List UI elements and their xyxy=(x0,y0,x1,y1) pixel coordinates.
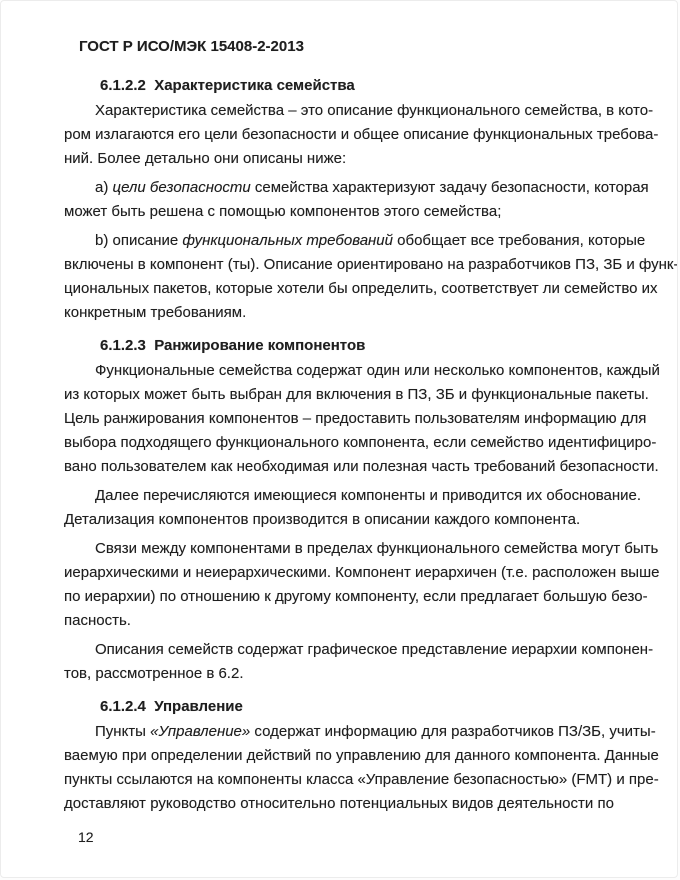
text-line: Пункты «Управление» содержат информацию … xyxy=(64,720,614,744)
text-segment: Характеристика семейства – это описание … xyxy=(95,102,653,119)
text-segment: Далее перечисляются имеющиеся компоненты… xyxy=(95,487,641,504)
paragraph: Связи между компонентами в пределах функ… xyxy=(64,537,614,633)
text-line: пункты ссылаются на компоненты класса «У… xyxy=(64,768,614,792)
paragraph: b) описание функциональных требований об… xyxy=(64,229,614,325)
text-line: ний. Более детально они описаны ниже: xyxy=(64,147,614,171)
text-line: выбора подходящего функционального компо… xyxy=(64,431,614,455)
section-heading: 6.1.2.4 Управление xyxy=(64,694,614,719)
section-heading: 6.1.2.3 Ранжирование компонентов xyxy=(64,333,614,358)
text-segment: семейства характеризуют задачу безопасно… xyxy=(251,179,649,196)
text-segment: может быть решена с помощью компонентов … xyxy=(64,203,501,220)
text-line: может быть решена с помощью компонентов … xyxy=(64,200,614,224)
text-line: Функциональные семейства содержат один и… xyxy=(64,359,614,383)
text-segment: Связи между компонентами в пределах функ… xyxy=(95,540,658,557)
text-segment: выбора подходящего функционального компо… xyxy=(64,434,656,451)
text-segment: тов, рассмотренное в 6.2. xyxy=(64,665,244,682)
text-line: Цель ранжирования компонентов – предоста… xyxy=(64,407,614,431)
text-line: Связи между компонентами в пределах функ… xyxy=(64,537,614,561)
text-segment: пасность. xyxy=(64,612,131,629)
document-header: ГОСТ Р ИСО/МЭК 15408-2-2013 xyxy=(79,39,612,55)
text-line: включены в компонент (ты). Описание орие… xyxy=(64,253,614,277)
text-segment: Пункты xyxy=(95,723,150,740)
paragraph: Далее перечисляются имеющиеся компоненты… xyxy=(64,484,614,532)
text-segment: содержат информацию для разработчиков ПЗ… xyxy=(250,723,655,740)
text-line: Детализация компонентов производится в о… xyxy=(64,508,614,532)
page-number: 12 xyxy=(78,829,612,845)
text-segment: ний. Более детально они описаны ниже: xyxy=(64,150,346,167)
text-segment: b) описание xyxy=(95,232,182,249)
text-line: ром излагаются его цели безопасности и о… xyxy=(64,123,614,147)
text-line: a) цели безопасности семейства характери… xyxy=(64,176,614,200)
text-line: по иерархии) по отношению к другому комп… xyxy=(64,585,614,609)
text-segment: циональных пакетов, которые хотели бы оп… xyxy=(64,280,658,297)
text-segment: ваемую при определении действий по управ… xyxy=(64,747,659,764)
text-line: Описания семейств содержат графическое п… xyxy=(64,638,614,662)
text-line: иерархическими и неиерархическими. Компо… xyxy=(64,561,614,585)
text-line: тов, рассмотренное в 6.2. xyxy=(64,662,614,686)
text-line: циональных пакетов, которые хотели бы оп… xyxy=(64,277,614,301)
italic-term: «Управление» xyxy=(150,723,250,740)
text-segment: включены в компонент (ты). Описание орие… xyxy=(64,256,678,273)
document-page: ГОСТ Р ИСО/МЭК 15408-2-2013 6.1.2.2 Хара… xyxy=(0,0,678,878)
text-segment: ром излагаются его цели безопасности и о… xyxy=(64,126,658,143)
text-line: пасность. xyxy=(64,609,614,633)
italic-term: цели безопасности xyxy=(113,179,251,196)
section-heading: 6.1.2.2 Характеристика семейства xyxy=(64,73,614,98)
text-segment: по иерархии) по отношению к другому комп… xyxy=(64,588,648,605)
text-segment: Детализация компонентов производится в о… xyxy=(64,511,580,528)
text-line: Далее перечисляются имеющиеся компоненты… xyxy=(64,484,614,508)
text-segment: конкретным требованиям. xyxy=(64,304,246,321)
text-line: конкретным требованиям. xyxy=(64,301,614,325)
text-line: b) описание функциональных требований об… xyxy=(64,229,614,253)
text-line: вано пользователем как необходимая или п… xyxy=(64,455,614,479)
italic-term: функциональных требований xyxy=(182,232,393,249)
text-segment: пункты ссылаются на компоненты класса «У… xyxy=(64,771,659,788)
paragraph: Пункты «Управление» содержат информацию … xyxy=(64,720,614,816)
paragraph: Характеристика семейства – это описание … xyxy=(64,99,614,171)
text-segment: доставляют руководство относительно поте… xyxy=(64,795,614,812)
paragraph: Функциональные семейства содержат один и… xyxy=(64,359,614,479)
text-line: ваемую при определении действий по управ… xyxy=(64,744,614,768)
text-segment: из которых может быть выбран для включен… xyxy=(64,386,649,403)
paragraph: Описания семейств содержат графическое п… xyxy=(64,638,614,686)
text-line: доставляют руководство относительно поте… xyxy=(64,792,614,816)
text-segment: Функциональные семейства содержат один и… xyxy=(95,362,660,379)
document-body: 6.1.2.2 Характеристика семействаХарактер… xyxy=(64,73,614,816)
text-line: Характеристика семейства – это описание … xyxy=(64,99,614,123)
paragraph: a) цели безопасности семейства характери… xyxy=(64,176,614,224)
text-segment: Цель ранжирования компонентов – предоста… xyxy=(64,410,646,427)
text-line: из которых может быть выбран для включен… xyxy=(64,383,614,407)
text-segment: a) xyxy=(95,179,113,196)
text-segment: Описания семейств содержат графическое п… xyxy=(95,641,653,658)
text-segment: иерархическими и неиерархическими. Компо… xyxy=(64,564,659,581)
text-segment: вано пользователем как необходимая или п… xyxy=(64,458,659,475)
text-segment: обобщает все требования, которые xyxy=(393,232,645,249)
